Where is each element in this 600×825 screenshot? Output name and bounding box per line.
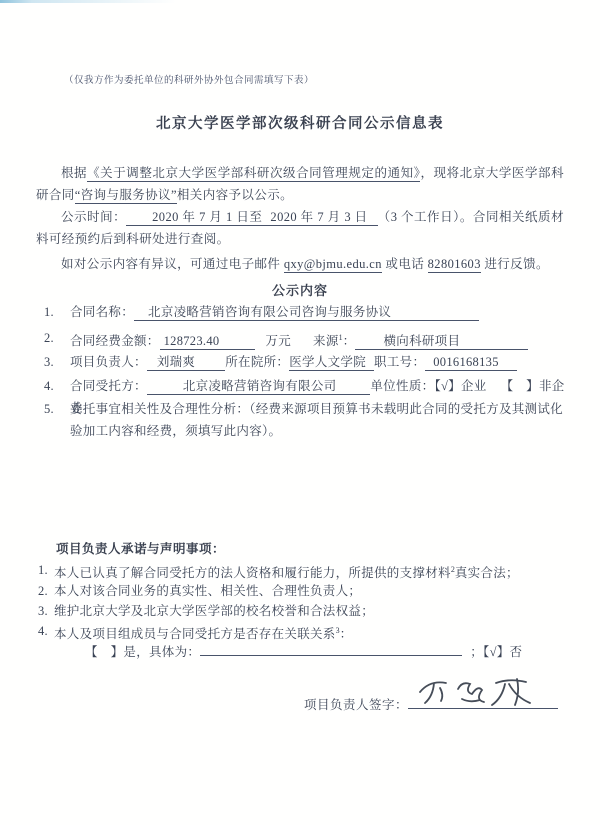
agreement-name: “咨询与服务协议” [75,188,177,204]
item-number: 5. [44,398,54,420]
regulation-notice-title: 《关于调整北京大学医学部科研次级合同管理规定的通知》 [87,166,420,182]
form-instruction-note: （仅我方作为委托单位的科研外协外包合同需填写下表） [64,72,314,86]
dept-value: 医学人文学院 [289,355,374,371]
declaration-item-4: 4. 本人及项目组成员与合同受托方是否存在关联关系3： [38,621,572,644]
nature-label: 单位性质： [370,379,434,393]
staff-id-label: 职工号： [374,355,425,369]
period-start-date: 2020 年 7 月 1 日至 [126,210,262,226]
source-label: 来源 [313,334,339,348]
amount-unit: 万元 [265,334,291,348]
staff-id-value: 0016168135 [425,355,517,371]
scan-artifact [0,0,320,3]
publicity-period-paragraph: 公示时间：2020 年 7 月 1 日至2020 年 7 月 3 日（3 个工作… [36,207,564,250]
source-value: 横向科研项目 [355,334,528,350]
amount-label: 合同经费金额： [70,334,160,348]
period-label: 公示时间： [61,210,126,224]
checkbox-enterprise-checked: 【√】企业 [434,379,486,393]
contractor-value: 北京凌略营销咨询有限公司 [147,379,371,395]
decl1-pre: 本人已认真了解合同受托方的法人资格和履行能力，所提供的支撑材料 [54,566,451,580]
contractor-label: 合同受托方： [70,379,147,393]
checkbox-yes-option: 【 】是，具体为： [85,645,200,659]
declaration-item-3: 3. 维护北京大学及北京大学医学部的校名校誉和合法权益； [38,601,572,621]
decl4-post: ： [340,627,353,641]
checkbox-no-option-checked: 【√】否 [483,645,522,659]
notice-content-heading: 公示内容 [0,280,600,299]
item-number: 4. [44,375,54,397]
relation-answer-line: 【 】是，具体为：；【√】否 [85,642,522,660]
document-title: 北京大学医学部次级科研合同公示信息表 [0,112,600,133]
decl4-pre: 本人及项目组成员与合同受托方是否存在关联关系 [54,627,336,641]
feedback-paragraph: 如对公示内容有异议，可通过电子邮件 qxy@bjmu.edu.cn 或电话 82… [36,254,564,276]
item-number: 2. [38,581,48,601]
item-number: 1. [44,301,54,323]
feedback-mid: 或电话 [382,257,428,271]
source-colon: ： [343,334,356,348]
decl2-text: 本人对该合同业务的真实性、相关性、合理性负责人； [38,581,572,601]
list-item-contract-amount: 2. 合同经费金额：128723.40万元来源1：横向科研项目 [44,327,572,352]
handwritten-signature [412,672,552,712]
signature-row: 项目负责人签字： [304,692,558,713]
dept-label: 所在院所： [225,355,289,369]
leader-label: 项目负责人： [70,355,147,369]
scanned-document-page: （仅我方作为委托单位的科研外协外包合同需填写下表） 北京大学医学部次级科研合同公… [0,0,600,825]
intro-prefix: 根据 [61,166,87,180]
contract-name-label: 合同名称： [70,305,134,319]
signature-label: 项目负责人签字： [304,698,408,712]
feedback-email: qxy@bjmu.edu.cn [284,257,382,273]
relation-separator: ； [470,645,483,659]
amount-value: 128723.40 [160,334,256,350]
intro-paragraph: 根据《关于调整北京大学医学部科研次级合同管理规定的通知》，现将北京大学医学部科研… [36,163,564,206]
declaration-item-2: 2. 本人对该合同业务的真实性、相关性、合理性负责人； [38,581,572,601]
item-number: 2. [44,327,54,349]
declaration-item-1: 1. 本人已认真了解合同受托方的法人资格和履行能力，所提供的支撑材料2真实合法； [38,560,572,583]
relevance-analysis-text: 委托事宜相关性及合理性分析：（经费来源项目预算书未载明此合同的受托方及其测试化验… [44,398,572,442]
relation-detail-blank [200,642,462,656]
feedback-phone: 82801603 [428,257,481,273]
item-number: 3. [38,601,48,621]
declaration-heading: 项目负责人承诺与声明事项： [56,539,225,557]
item-number: 1. [38,560,48,580]
signature-line [408,692,558,709]
list-item-project-leader: 3. 项目负责人：刘瑞爽所在院所：医学人文学院职工号：0016168135 [44,351,572,373]
decl3-text: 维护北京大学及北京大学医学部的校名校誉和合法权益； [38,601,572,621]
period-end-date: 2020 年 7 月 3 日 [262,210,377,226]
list-item-relevance-analysis: 5. 委托事宜相关性及合理性分析：（经费来源项目预算书未载明此合同的受托方及其测… [44,398,572,442]
decl1-post: 真实合法； [455,566,519,580]
list-item-contract-name: 1. 合同名称：北京凌略营销咨询有限公司咨询与服务协议 [44,301,572,323]
contract-name-value: 北京凌略营销咨询有限公司咨询与服务协议 [134,305,479,321]
leader-name: 刘瑞爽 [147,355,225,371]
feedback-suffix: 进行反馈。 [481,257,549,271]
intro-suffix: 相关内容予以公示。 [177,188,293,202]
item-number: 3. [44,351,54,373]
feedback-prefix: 如对公示内容有异议，可通过电子邮件 [61,257,284,271]
item-number: 4. [38,621,48,641]
